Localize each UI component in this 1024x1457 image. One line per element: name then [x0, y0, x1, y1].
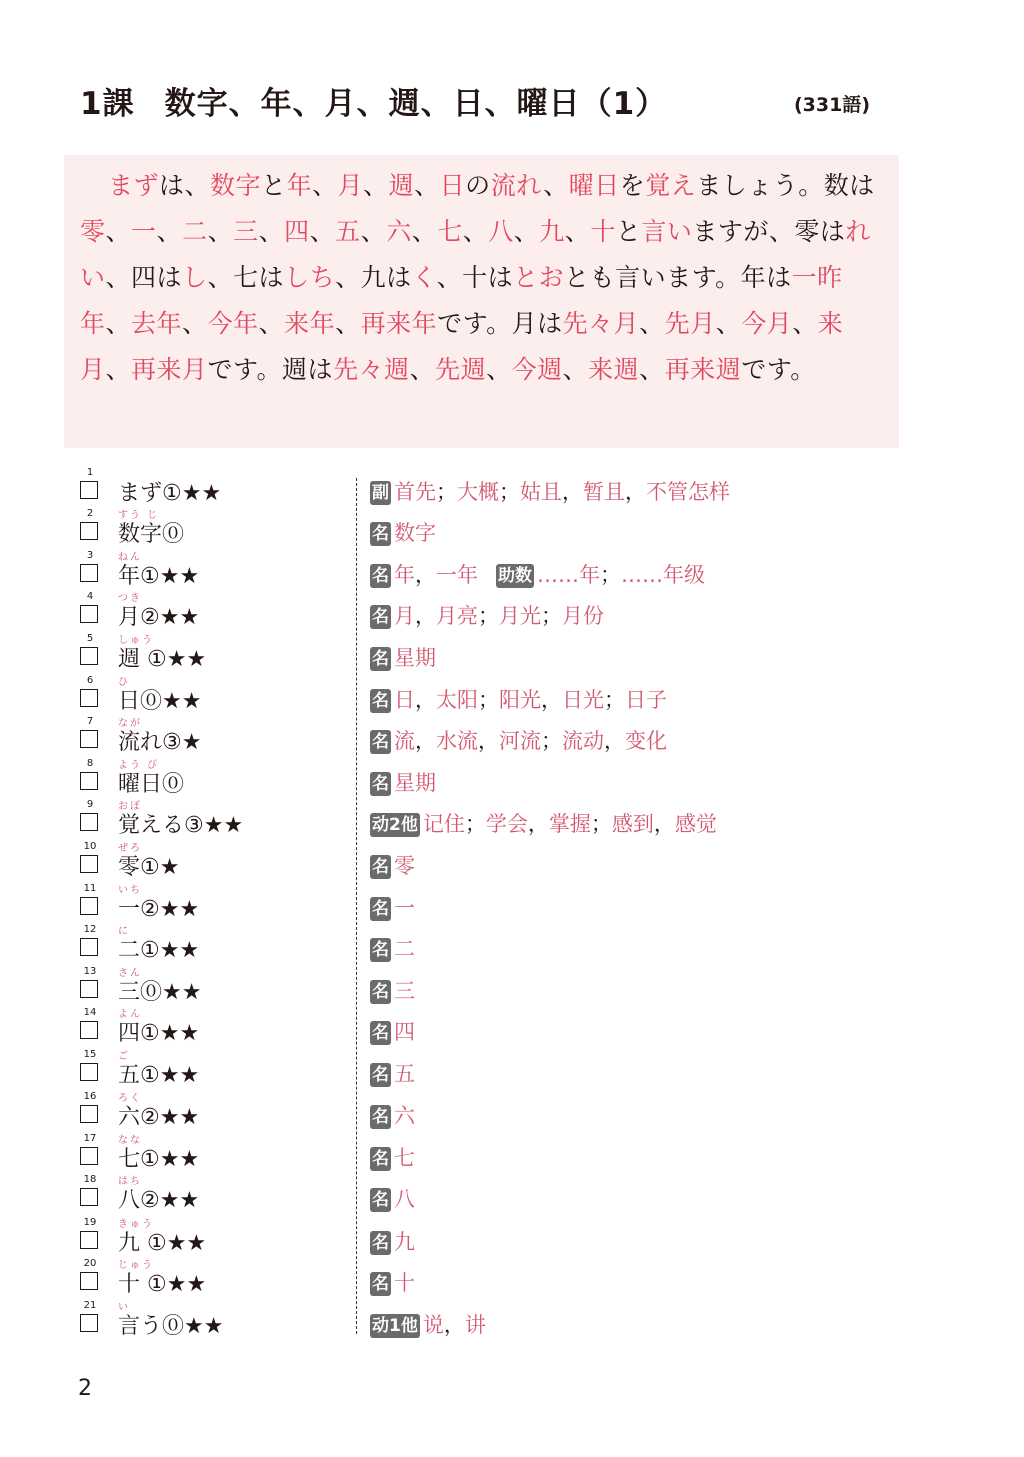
separator: ； [478, 604, 499, 628]
meaning-gloss: 感到 [612, 812, 654, 836]
meaning-gloss: 说 [423, 1313, 444, 1337]
entry-number: 7 [82, 716, 98, 727]
vocab-entry: 12 に二①★★名二 [0, 930, 1024, 972]
lesson-title: 1課数字、年、月、週、日、曜日（1） [80, 78, 667, 123]
separator: ； [478, 688, 499, 712]
meaning-gloss: 变化 [625, 729, 667, 753]
part-of-speech-badge: 名 [370, 1272, 391, 1296]
meaning-gloss: 七 [394, 1146, 415, 1170]
meaning-gloss: 学会 [486, 812, 528, 836]
part-of-speech-badge: 名 [370, 564, 391, 588]
meaning: 名九 [370, 1226, 415, 1256]
intro-text-segment: 、 [639, 309, 665, 338]
meaning-gloss: 讲 [465, 1313, 486, 1337]
meaning-gloss: 掌握 [549, 812, 591, 836]
meaning-gloss: 首先 [394, 480, 436, 504]
headword: 曜日⓪ [118, 767, 184, 798]
meaning-gloss: 十 [394, 1271, 415, 1295]
part-of-speech-badge: 名 [370, 897, 391, 921]
part-of-speech-badge: 名 [370, 1188, 391, 1212]
part-of-speech-badge: 名 [370, 1021, 391, 1045]
highlighted-term: 来年 [284, 309, 335, 338]
intro-box: まずは、数字と年、月、週、日の流れ、曜日を覚えましょう。数は零、一、二、三、四、… [64, 155, 899, 448]
headword: 一②★★ [118, 892, 199, 923]
meaning-gloss: 六 [394, 1104, 415, 1128]
highlighted-term: 七 [437, 217, 463, 246]
checkbox[interactable] [80, 1105, 98, 1123]
meaning-gloss: 日光 [562, 688, 604, 712]
entry-number: 10 [82, 841, 98, 852]
part-of-speech-badge: 名 [370, 730, 391, 754]
highlighted-term: 今週 [512, 355, 563, 384]
vocab-entry: 8よう び曜日⓪名星期 [0, 764, 1024, 806]
intro-text-segment: の [465, 171, 491, 200]
checkbox[interactable] [80, 481, 98, 499]
intro-text-segment: は、 [159, 171, 210, 200]
meaning-gloss: ……年 [537, 563, 600, 587]
meaning: 名一 [370, 892, 415, 922]
vocab-entry: 9おぼ覚える③★★动2他记住；学会，掌握；感到，感觉 [0, 805, 1024, 847]
vocab-entry: 5しゅう 週 ①★★名星期 [0, 639, 1024, 681]
meaning-gloss: 三 [394, 979, 415, 1003]
separator: ； [541, 604, 562, 628]
entry-number: 11 [82, 883, 98, 894]
vocab-entry: 2すう じ数字⓪名数字 [0, 514, 1024, 556]
checkbox[interactable] [80, 897, 98, 915]
meaning-gloss: 星期 [394, 771, 436, 795]
page-number: 2 [78, 1376, 92, 1401]
entry-number: 4 [82, 591, 98, 602]
meaning-gloss: 月 [394, 604, 415, 628]
part-of-speech-badge: 副 [370, 481, 391, 505]
intro-text-segment: 、 [259, 217, 285, 246]
highlighted-term: 去年 [131, 309, 182, 338]
checkbox[interactable] [80, 855, 98, 873]
highlighted-term: 今月 [741, 309, 792, 338]
intro-text-segment: 零は [794, 217, 845, 246]
meaning: 副首先；大概；姑且，暂且，不管怎样 [370, 476, 730, 506]
highlighted-term: 八 [488, 217, 514, 246]
intro-text-segment: です。月は [437, 309, 563, 338]
meaning-gloss: 一 [394, 896, 415, 920]
entry-number: 18 [82, 1174, 98, 1185]
meaning: 名五 [370, 1058, 415, 1088]
intro-text-segment: 、四は [106, 263, 183, 292]
intro-text-segment: 、 [514, 217, 540, 246]
highlighted-term: 言い [641, 217, 692, 246]
entry-number: 13 [82, 966, 98, 977]
headword: まず①★★ [118, 476, 221, 507]
headword: 流れ③★ [118, 725, 201, 756]
meaning-gloss: ……年级 [621, 563, 705, 587]
highlighted-term: 四 [284, 217, 310, 246]
separator: ； [541, 729, 562, 753]
vocab-entry: 13さん三⓪★★名三 [0, 972, 1024, 1014]
vocab-entry: 15 ご五①★★名五 [0, 1055, 1024, 1097]
headword: 三⓪★★ [118, 975, 201, 1006]
intro-text-segment: 、 [716, 309, 742, 338]
highlighted-term: とお [513, 263, 564, 292]
separator: ； [499, 480, 520, 504]
checkbox[interactable] [80, 522, 98, 540]
meaning-gloss: 姑且 [520, 480, 562, 504]
checkbox[interactable] [80, 1021, 98, 1039]
part-of-speech-badge: 名 [370, 938, 391, 962]
highlighted-term: 来週 [588, 355, 639, 384]
headword: 数字⓪ [118, 517, 184, 548]
separator: ， [625, 480, 646, 504]
separator: ； [604, 688, 625, 712]
intro-text-segment: 、 [106, 309, 132, 338]
separator: ， [562, 480, 583, 504]
highlighted-term: 一 [131, 217, 157, 246]
headword: 月②★★ [118, 600, 199, 631]
part-of-speech-badge: 助数 [496, 564, 534, 588]
meaning: 名十 [370, 1267, 415, 1297]
intro-text-segment: と [261, 171, 287, 200]
part-of-speech-badge: 名 [370, 1231, 391, 1255]
intro-text-segment: ますが、 [692, 217, 794, 246]
highlighted-term: まず [108, 171, 159, 200]
intro-text-segment: を [620, 171, 646, 200]
meaning-gloss: 月亮 [436, 604, 478, 628]
separator: ， [444, 1313, 465, 1337]
intro-text-segment: 、 [565, 217, 591, 246]
highlighted-term: 十 [590, 217, 616, 246]
entry-number: 20 [82, 1258, 98, 1269]
vocab-entry: 10ぜろ零①★名零 [0, 847, 1024, 889]
meaning-gloss: 零 [394, 854, 415, 878]
checkbox[interactable] [80, 772, 98, 790]
highlighted-term: 年 [287, 171, 313, 200]
meaning-gloss: 流动 [562, 729, 604, 753]
intro-text-segment: 、 [208, 217, 234, 246]
checkbox[interactable] [80, 813, 98, 831]
entry-number: 1 [82, 467, 98, 478]
meaning-gloss: 日 [394, 688, 415, 712]
vocab-entry: 6 ひ日⓪★★名日，太阳；阳光，日光；日子 [0, 681, 1024, 723]
vocab-entry: 11いち一②★★名一 [0, 889, 1024, 931]
highlighted-term: 五 [335, 217, 361, 246]
meaning: 名流，水流，河流；流动，变化 [370, 725, 667, 755]
lesson-topic: 数字、年、月、週、日、曜日（1） [165, 86, 668, 122]
highlighted-term: 今年 [208, 309, 259, 338]
intro-text-segment: 、 [106, 355, 132, 384]
meaning-gloss: 五 [394, 1062, 415, 1086]
meaning-gloss: 年 [394, 563, 415, 587]
separator: ， [415, 563, 436, 587]
highlighted-term: 九 [539, 217, 565, 246]
headword: 九 ①★★ [118, 1226, 206, 1257]
word-count: (331語) [794, 90, 870, 117]
meaning: 名星期 [370, 767, 436, 797]
meaning-gloss: 不管怎样 [646, 480, 730, 504]
intro-text-segment: 、十は [437, 263, 514, 292]
entry-number: 9 [82, 799, 98, 810]
part-of-speech-badge: 名 [370, 772, 391, 796]
separator: ， [415, 688, 436, 712]
checkbox[interactable] [80, 1314, 98, 1332]
intro-text-segment: です。 [741, 355, 816, 384]
headword: 言う⓪★★ [118, 1309, 223, 1340]
headword: 日⓪★★ [118, 684, 201, 715]
part-of-speech-badge: 名 [370, 522, 391, 546]
checkbox[interactable] [80, 1231, 98, 1249]
intro-text-segment: 、 [157, 217, 183, 246]
intro-text-segment: 、 [310, 217, 336, 246]
meaning: 名四 [370, 1016, 415, 1046]
separator: ； [591, 812, 612, 836]
entry-number: 21 [82, 1300, 98, 1311]
highlighted-term: 先週 [435, 355, 486, 384]
part-of-speech-badge: 名 [370, 1063, 391, 1087]
checkbox[interactable] [80, 1188, 98, 1206]
lesson-number: 1課 [80, 86, 135, 122]
vocab-entry: 3ねん年①★★名年，一年助数……年；……年级 [0, 556, 1024, 598]
intro-text-segment: 、 [335, 309, 361, 338]
meaning: 名八 [370, 1183, 415, 1213]
meaning: 名月，月亮；月光；月份 [370, 600, 604, 630]
checkbox[interactable] [80, 605, 98, 623]
headword: 七①★★ [118, 1142, 199, 1173]
entry-number: 19 [82, 1217, 98, 1228]
headword: 六②★★ [118, 1100, 199, 1131]
highlighted-term: 再来年 [361, 309, 438, 338]
intro-text-segment: 、 [639, 355, 665, 384]
intro-text-segment: です。週は [208, 355, 334, 384]
highlighted-term: 再来月 [131, 355, 208, 384]
entry-number: 2 [82, 508, 98, 519]
checkbox[interactable] [80, 1063, 98, 1081]
meaning: 名日，太阳；阳光，日光；日子 [370, 684, 667, 714]
intro-text-segment: 、 [543, 171, 569, 200]
meaning-gloss: 一年 [436, 563, 478, 587]
intro-text-segment: 、 [792, 309, 818, 338]
entry-number: 3 [82, 550, 98, 561]
intro-text-segment: 、 [259, 309, 285, 338]
meaning-gloss: 月份 [562, 604, 604, 628]
meaning-gloss: 日子 [625, 688, 667, 712]
meaning: 名数字 [370, 517, 436, 547]
part-of-speech-badge: 名 [370, 605, 391, 629]
separator: ， [528, 812, 549, 836]
intro-text-segment: 、 [410, 355, 436, 384]
checkbox[interactable] [80, 1272, 98, 1290]
checkbox[interactable] [80, 564, 98, 582]
highlighted-term: 零 [80, 217, 106, 246]
highlighted-term: 先々月 [563, 309, 640, 338]
headword: 二①★★ [118, 933, 199, 964]
highlighted-term: 覚え [645, 171, 696, 200]
highlighted-term: 六 [386, 217, 412, 246]
intro-text-segment: 、 [182, 309, 208, 338]
highlighted-term: 週 [389, 171, 415, 200]
meaning-gloss: 月光 [499, 604, 541, 628]
meaning-gloss: 太阳 [436, 688, 478, 712]
separator: ； [436, 480, 457, 504]
entry-number: 14 [82, 1007, 98, 1018]
intro-text-segment: ましょう。 [696, 171, 824, 200]
highlighted-term: 先々週 [333, 355, 410, 384]
meaning-gloss: 水流 [436, 729, 478, 753]
entry-number: 5 [82, 633, 98, 644]
intro-text-segment: 、 [563, 355, 589, 384]
part-of-speech-badge: 名 [370, 980, 391, 1004]
checkbox[interactable] [80, 689, 98, 707]
meaning: 动2他记住；学会，掌握；感到，感觉 [370, 808, 717, 838]
meaning-gloss: 数字 [394, 521, 436, 545]
meaning-gloss: 四 [394, 1020, 415, 1044]
separator: ； [600, 563, 621, 587]
checkbox[interactable] [80, 730, 98, 748]
meaning: 名零 [370, 850, 415, 880]
checkbox[interactable] [80, 980, 98, 998]
meaning-gloss: 星期 [394, 646, 436, 670]
part-of-speech-badge: 名 [370, 647, 391, 671]
meaning-gloss: 暂且 [583, 480, 625, 504]
highlighted-term: 流れ [491, 171, 544, 200]
headword: 八②★★ [118, 1183, 199, 1214]
intro-text-segment: 、 [312, 171, 338, 200]
headword: 覚える③★★ [118, 808, 243, 839]
part-of-speech-badge: 名 [370, 689, 391, 713]
entry-number: 6 [82, 675, 98, 686]
meaning: 名年，一年助数……年；……年级 [370, 559, 705, 589]
highlighted-term: 二 [182, 217, 208, 246]
separator: ， [415, 604, 436, 628]
vocab-entry: 16ろく六②★★名六 [0, 1097, 1024, 1139]
meaning: 名六 [370, 1100, 415, 1130]
meaning: 动1他说，讲 [370, 1309, 486, 1339]
headword: 週 ①★★ [118, 642, 206, 673]
highlighted-term: 再来週 [665, 355, 742, 384]
intro-text-segment: 年は [741, 263, 792, 292]
separator: ， [604, 729, 625, 753]
meaning: 名三 [370, 975, 415, 1005]
separator: ； [465, 812, 486, 836]
intro-paragraph: まずは、数字と年、月、週、日の流れ、曜日を覚えましょう。数は零、一、二、三、四、… [80, 163, 890, 393]
checkbox[interactable] [80, 1147, 98, 1165]
meaning: 名七 [370, 1142, 415, 1172]
part-of-speech-badge: 名 [370, 1105, 391, 1129]
highlighted-term: く [412, 263, 437, 292]
part-of-speech-badge: 动1他 [370, 1314, 420, 1338]
checkbox[interactable] [80, 647, 98, 665]
vocab-entry: 20じゅう 十 ①★★名十 [0, 1264, 1024, 1306]
entry-number: 8 [82, 758, 98, 769]
separator: ， [541, 688, 562, 712]
meaning-gloss: 大概 [457, 480, 499, 504]
meaning-gloss: 二 [394, 937, 415, 961]
intro-text-segment: とも言います。 [564, 263, 741, 292]
highlighted-term: 曜日 [569, 171, 620, 200]
entry-number: 17 [82, 1133, 98, 1144]
highlighted-term: 先月 [665, 309, 716, 338]
vocab-entry: 21 い言う⓪★★动1他说，讲 [0, 1306, 1024, 1348]
meaning-gloss: 九 [394, 1230, 415, 1254]
entry-number: 16 [82, 1091, 98, 1102]
headword: 年①★★ [118, 559, 199, 590]
headword: 四①★★ [118, 1016, 199, 1047]
intro-text-segment: 、 [106, 217, 132, 246]
headword: 零①★ [118, 850, 179, 881]
intro-text-segment: 、 [414, 171, 440, 200]
intro-text-segment: 、 [361, 217, 387, 246]
meaning-gloss: 阳光 [499, 688, 541, 712]
separator: ， [478, 729, 499, 753]
separator: ， [415, 729, 436, 753]
meaning-gloss: 河流 [499, 729, 541, 753]
checkbox[interactable] [80, 938, 98, 956]
meaning: 名二 [370, 933, 415, 963]
part-of-speech-badge: 动2他 [370, 813, 420, 837]
entry-number: 15 [82, 1049, 98, 1060]
part-of-speech-badge: 名 [370, 1147, 391, 1171]
headword: 十 ①★★ [118, 1267, 206, 1298]
meaning-gloss: 记住 [423, 812, 465, 836]
headword: 五①★★ [118, 1058, 199, 1089]
intro-text-segment: と [616, 217, 642, 246]
highlighted-term: 数字 [210, 171, 261, 200]
entry-number: 12 [82, 924, 98, 935]
meaning: 名星期 [370, 642, 436, 672]
meaning-gloss: 流 [394, 729, 415, 753]
highlighted-term: しち [284, 263, 335, 292]
separator: ， [654, 812, 675, 836]
vocab-entry: 17なな七①★★名七 [0, 1139, 1024, 1181]
intro-text-segment: 、七は [208, 263, 285, 292]
highlighted-term: 三 [233, 217, 259, 246]
intro-text-segment: 、 [412, 217, 438, 246]
meaning-gloss: 感觉 [675, 812, 717, 836]
highlighted-term: 日 [440, 171, 466, 200]
highlighted-term: し [182, 263, 208, 292]
vocab-entry: 14よん四①★★名四 [0, 1013, 1024, 1055]
intro-text-segment: 、九は [335, 263, 412, 292]
part-of-speech-badge: 名 [370, 855, 391, 879]
intro-text-segment: 、 [463, 217, 489, 246]
highlighted-term: 月 [338, 171, 364, 200]
intro-text-segment: 数は [824, 171, 875, 200]
intro-text-segment: 、 [486, 355, 512, 384]
intro-text-segment: 、 [363, 171, 389, 200]
meaning-gloss: 八 [394, 1187, 415, 1211]
